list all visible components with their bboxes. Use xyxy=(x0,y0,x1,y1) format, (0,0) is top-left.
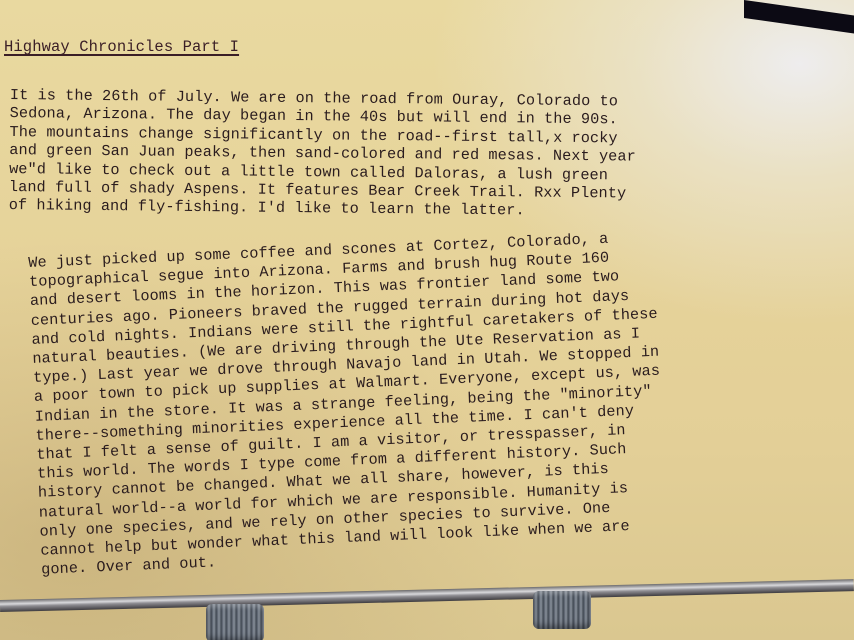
document: Highway Chronicles Part I It is the 26th… xyxy=(6,38,846,56)
paragraph-1: It is the 26th of July. We are on the ro… xyxy=(9,86,637,221)
document-title: Highway Chronicles Part I xyxy=(4,38,247,56)
paper-bail-roller-left xyxy=(206,604,264,640)
paragraph-2: We just picked up some coffee and scones… xyxy=(28,228,668,580)
paper-bail-roller-right xyxy=(533,591,591,629)
